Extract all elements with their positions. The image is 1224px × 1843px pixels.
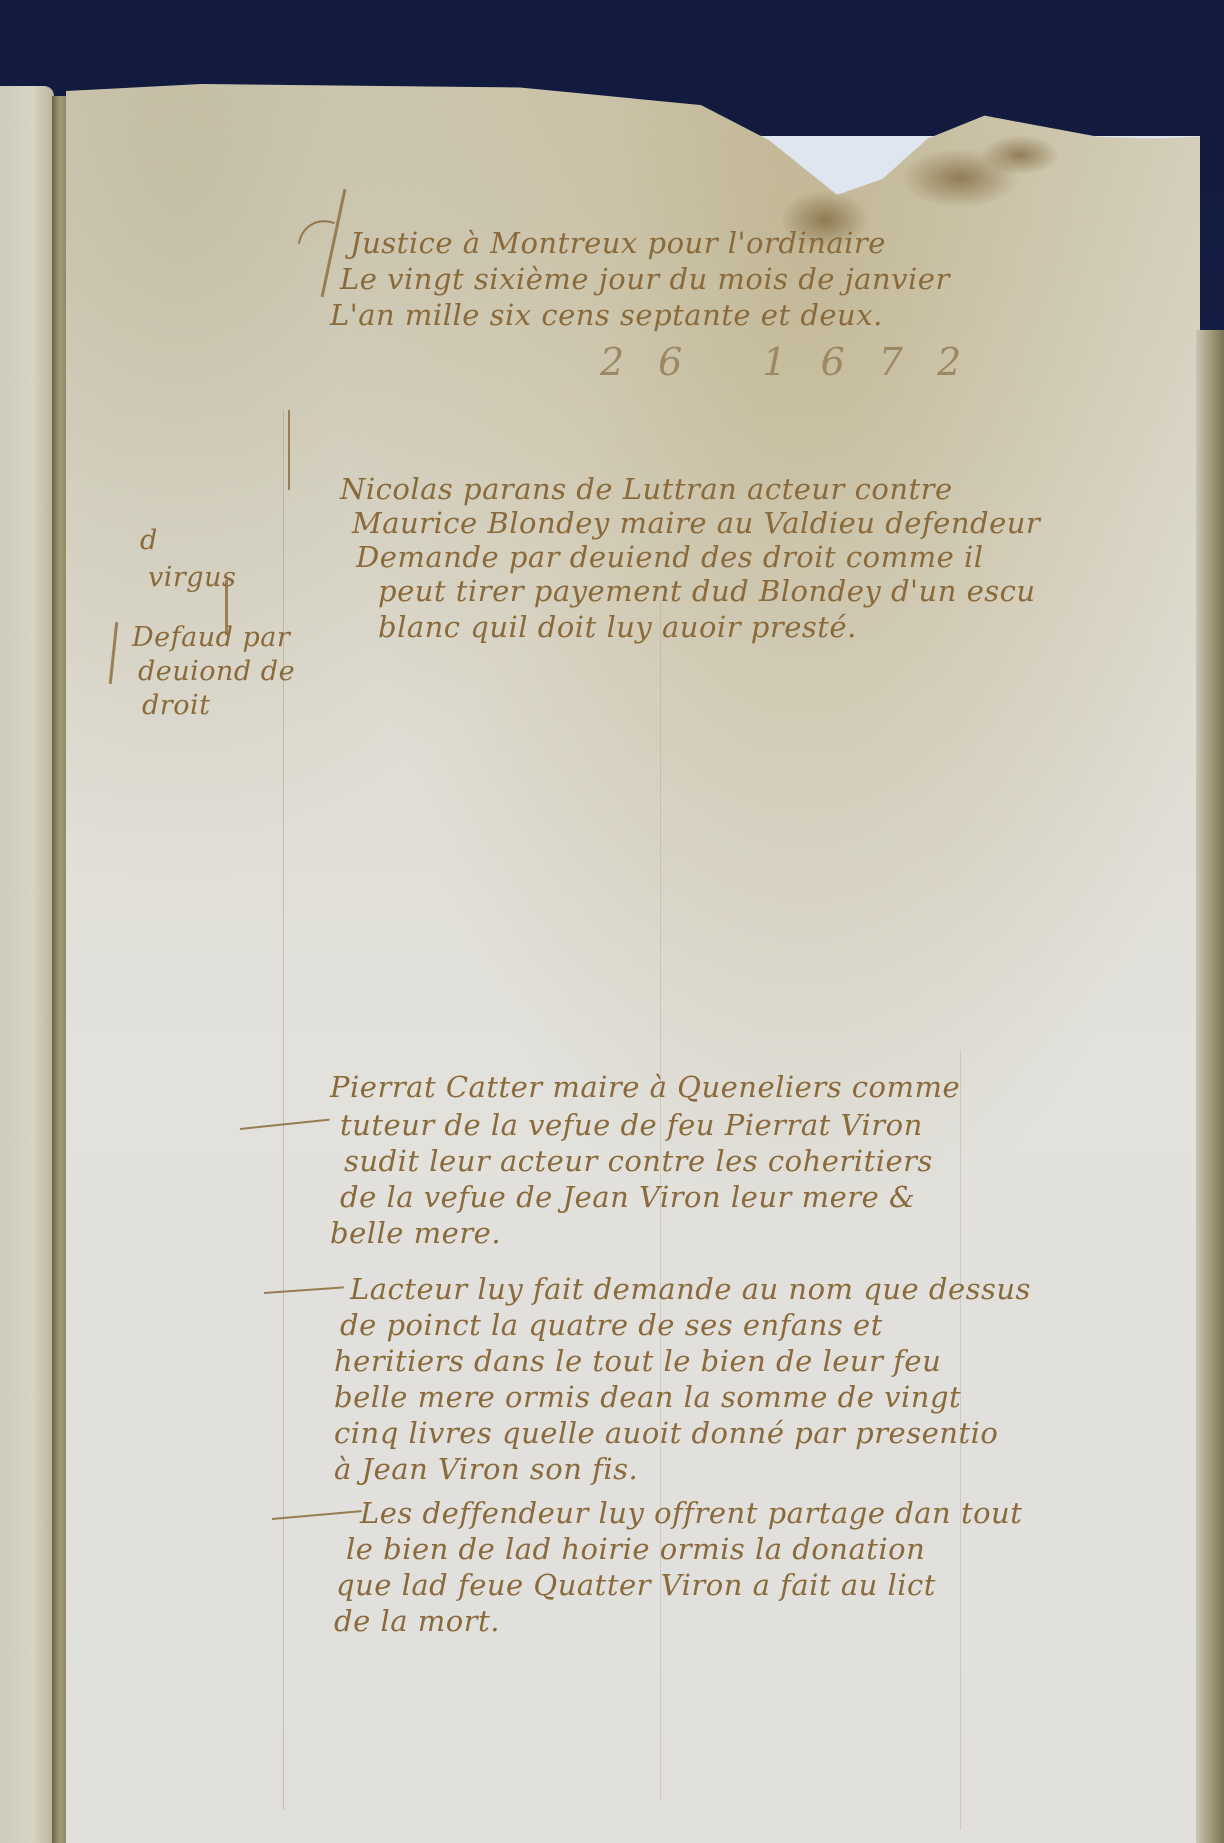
entry-line: tuteur de la vefue de feu Pierrat Viron bbox=[340, 1108, 923, 1142]
header-line-1: Justice à Montreux pour l'ordinaire bbox=[350, 226, 886, 260]
entry-line: sudit leur acteur contre les coheritiers bbox=[344, 1144, 933, 1178]
header-line-2: Le vingt sixième jour du mois de janvier bbox=[340, 262, 950, 296]
page-right-edge bbox=[1196, 330, 1224, 1843]
paragraph-line: de poinct la quatre de ses enfans et bbox=[340, 1308, 883, 1342]
entry-line: blanc quil doit luy auoir presté. bbox=[378, 610, 857, 644]
paragraph-line: de la mort. bbox=[334, 1604, 500, 1638]
book-gutter bbox=[52, 96, 68, 1843]
paragraph-line: le bien de lad hoirie ormis la donation bbox=[346, 1532, 925, 1566]
header-date-numeric: 26 1672 bbox=[600, 340, 995, 384]
margin-note-line: droit bbox=[142, 690, 210, 721]
paragraph-line: Lacteur luy fait demande au nom que dess… bbox=[350, 1272, 1031, 1306]
entry-line: peut tirer payement dud Blondey d'un esc… bbox=[378, 574, 1036, 608]
entry-line: Demande par deuiend des droit comme il bbox=[356, 540, 984, 574]
paragraph-line: cinq livres quelle auoit donné par prese… bbox=[334, 1416, 998, 1450]
entry-line: belle mere. bbox=[330, 1216, 501, 1250]
entry-line: Nicolas parans de Luttran acteur contre bbox=[340, 472, 953, 506]
header-line-3: L'an mille six cens septante et deux. bbox=[330, 298, 883, 332]
previous-page-edge bbox=[0, 86, 54, 1843]
margin-note-line: Defaud par bbox=[132, 622, 290, 653]
margin-note-line: d bbox=[140, 525, 158, 556]
paragraph-line: que lad feue Quatter Viron a fait au lic… bbox=[336, 1568, 936, 1602]
entry-line: de la vefue de Jean Viron leur mere & bbox=[340, 1180, 915, 1214]
paragraph-line: Les deffendeur luy offrent partage dan t… bbox=[360, 1496, 1022, 1530]
paragraph-line: heritiers dans le tout le bien de leur f… bbox=[334, 1344, 941, 1378]
tear-stain bbox=[980, 135, 1060, 175]
paragraph-line: belle mere ormis dean la somme de vingt bbox=[334, 1380, 961, 1414]
margin-rule bbox=[283, 410, 284, 1810]
entry-line: Maurice Blondey maire au Valdieu defende… bbox=[352, 506, 1040, 540]
entry-line: Pierrat Catter maire à Queneliers comme bbox=[330, 1070, 960, 1104]
margin-note-line: virgus bbox=[148, 562, 236, 593]
margin-vertical-stroke bbox=[288, 410, 290, 490]
paragraph-line: à Jean Viron son fis. bbox=[334, 1452, 638, 1486]
margin-note-line: deuiond de bbox=[138, 656, 295, 687]
